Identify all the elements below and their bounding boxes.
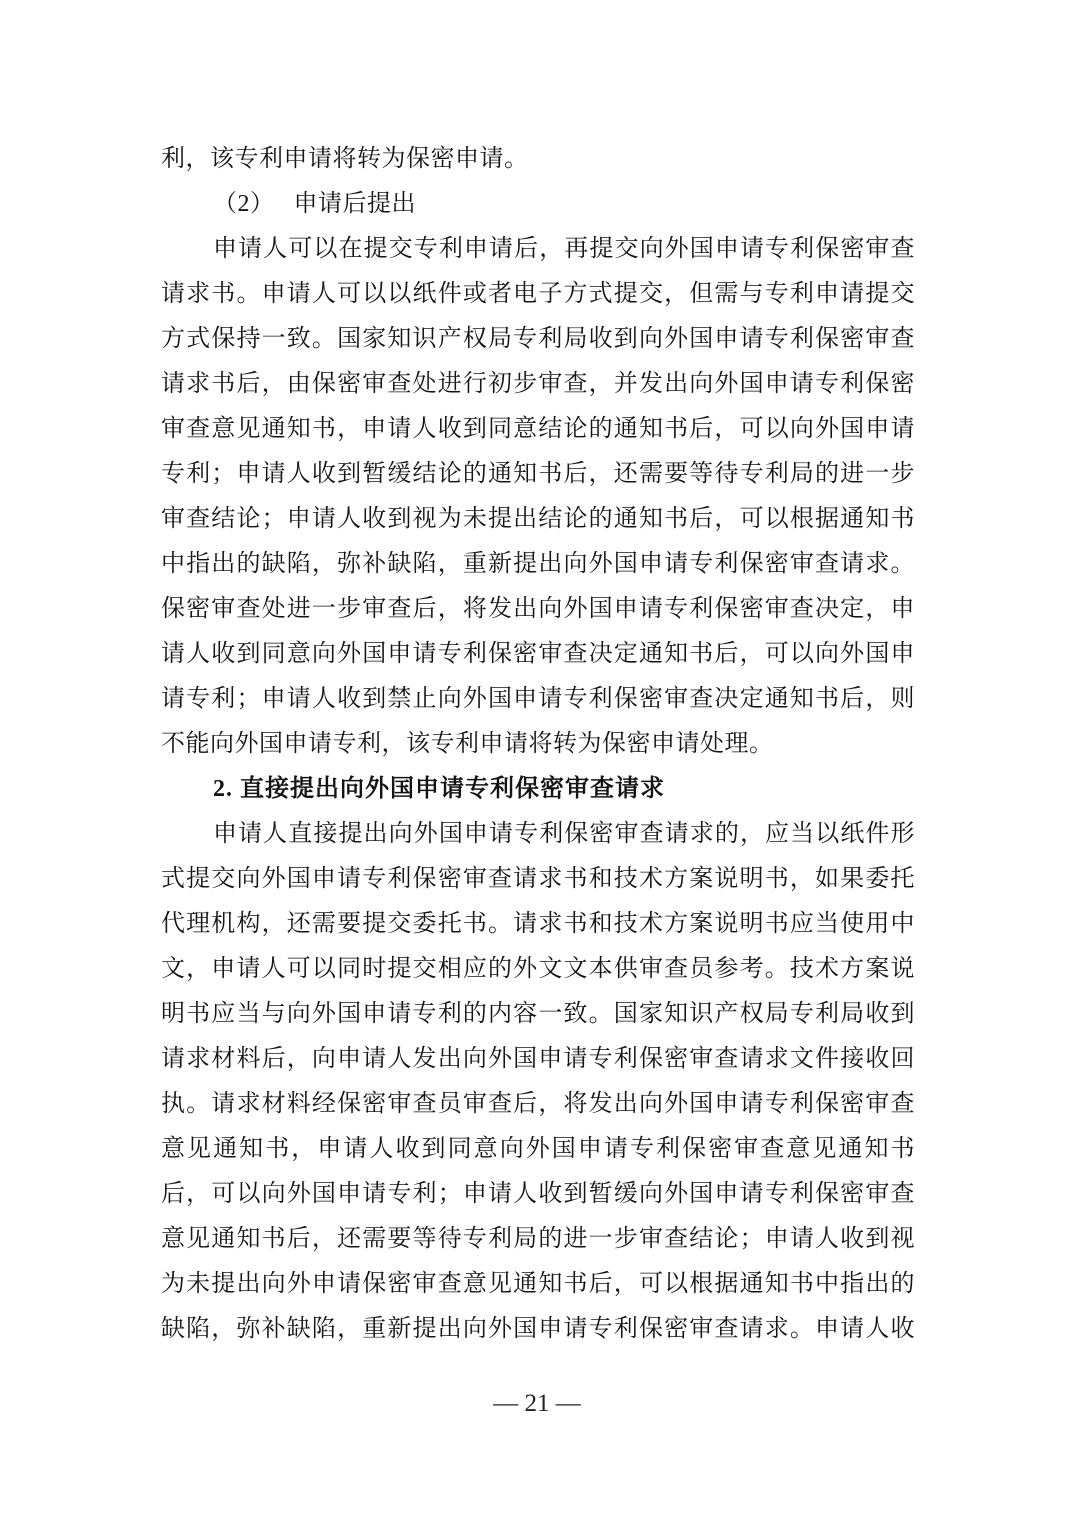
text-line: 审查结论；申请人收到视为未提出结论的通知书后，可以根据通知书 <box>161 497 915 542</box>
text-line: 保密审查处进一步审查后，将发出向外国申请专利保密审查决定，申 <box>161 587 915 632</box>
text-line: 申请人直接提出向外国申请专利保密审查请求的，应当以纸件形 <box>161 812 915 857</box>
text-line: 中指出的缺陷，弥补缺陷，重新提出向外国申请专利保密审查请求。 <box>161 542 915 587</box>
text-line: 申请人可以在提交专利申请后，再提交向外国申请专利保密审查 <box>161 227 915 272</box>
text-line: 意见通知书后，还需要等待专利局的进一步审查结论；申请人收到视 <box>161 1217 915 1262</box>
section-heading: 2. 直接提出向外国申请专利保密审查请求 <box>161 767 915 812</box>
text-line: 代理机构，还需要提交委托书。请求书和技术方案说明书应当使用中 <box>161 902 915 947</box>
subsection-label: （2） 申请后提出 <box>161 182 915 227</box>
text-line: 请人收到同意向外国申请专利保密审查决定通知书后，可以向外国申 <box>161 632 915 677</box>
text-line: 文，申请人可以同时提交相应的外文文本供审查员参考。技术方案说 <box>161 947 915 992</box>
text-line: 利，该专利申请将转为保密申请。 <box>161 137 915 182</box>
text-line: 请专利；申请人收到禁止向外国申请专利保密审查决定通知书后，则 <box>161 677 915 722</box>
text-line: 审查意见通知书，申请人收到同意结论的通知书后，可以向外国申请 <box>161 407 915 452</box>
text-line: 请求书后，由保密审查处进行初步审查，并发出向外国申请专利保密 <box>161 362 915 407</box>
text-line: 专利；申请人收到暂缓结论的通知书后，还需要等待专利局的进一步 <box>161 452 915 497</box>
text-line: 意见通知书，申请人收到同意向外国申请专利保密审查意见通知书 <box>161 1127 915 1172</box>
text-line: 为未提出向外申请保密审查意见通知书后，可以根据通知书中指出的 <box>161 1262 915 1307</box>
text-line: 缺陷，弥补缺陷，重新提出向外国申请专利保密审查请求。申请人收 <box>161 1307 915 1352</box>
text-line: 不能向外国申请专利，该专利申请将转为保密申请处理。 <box>161 722 915 767</box>
text-line: 执。请求材料经保密审查员审查后，将发出向外国申请专利保密审查 <box>161 1082 915 1127</box>
text-line: 请求材料后，向申请人发出向外国申请专利保密审查请求文件接收回 <box>161 1037 915 1082</box>
text-line: 方式保持一致。国家知识产权局专利局收到向外国申请专利保密审查 <box>161 317 915 362</box>
document-page: 利，该专利申请将转为保密申请。 （2） 申请后提出 申请人可以在提交专利申请后，… <box>0 0 1074 1520</box>
body-text: 利，该专利申请将转为保密申请。 （2） 申请后提出 申请人可以在提交专利申请后，… <box>161 137 915 1352</box>
page-number: — 21 — <box>0 1381 1074 1426</box>
text-line: 后，可以向外国申请专利；申请人收到暂缓向外国申请专利保密审查 <box>161 1172 915 1217</box>
text-line: 式提交向外国申请专利保密审查请求书和技术方案说明书，如果委托 <box>161 857 915 902</box>
text-line: 明书应当与向外国申请专利的内容一致。国家知识产权局专利局收到 <box>161 992 915 1037</box>
text-line: 请求书。申请人可以以纸件或者电子方式提交，但需与专利申请提交 <box>161 272 915 317</box>
